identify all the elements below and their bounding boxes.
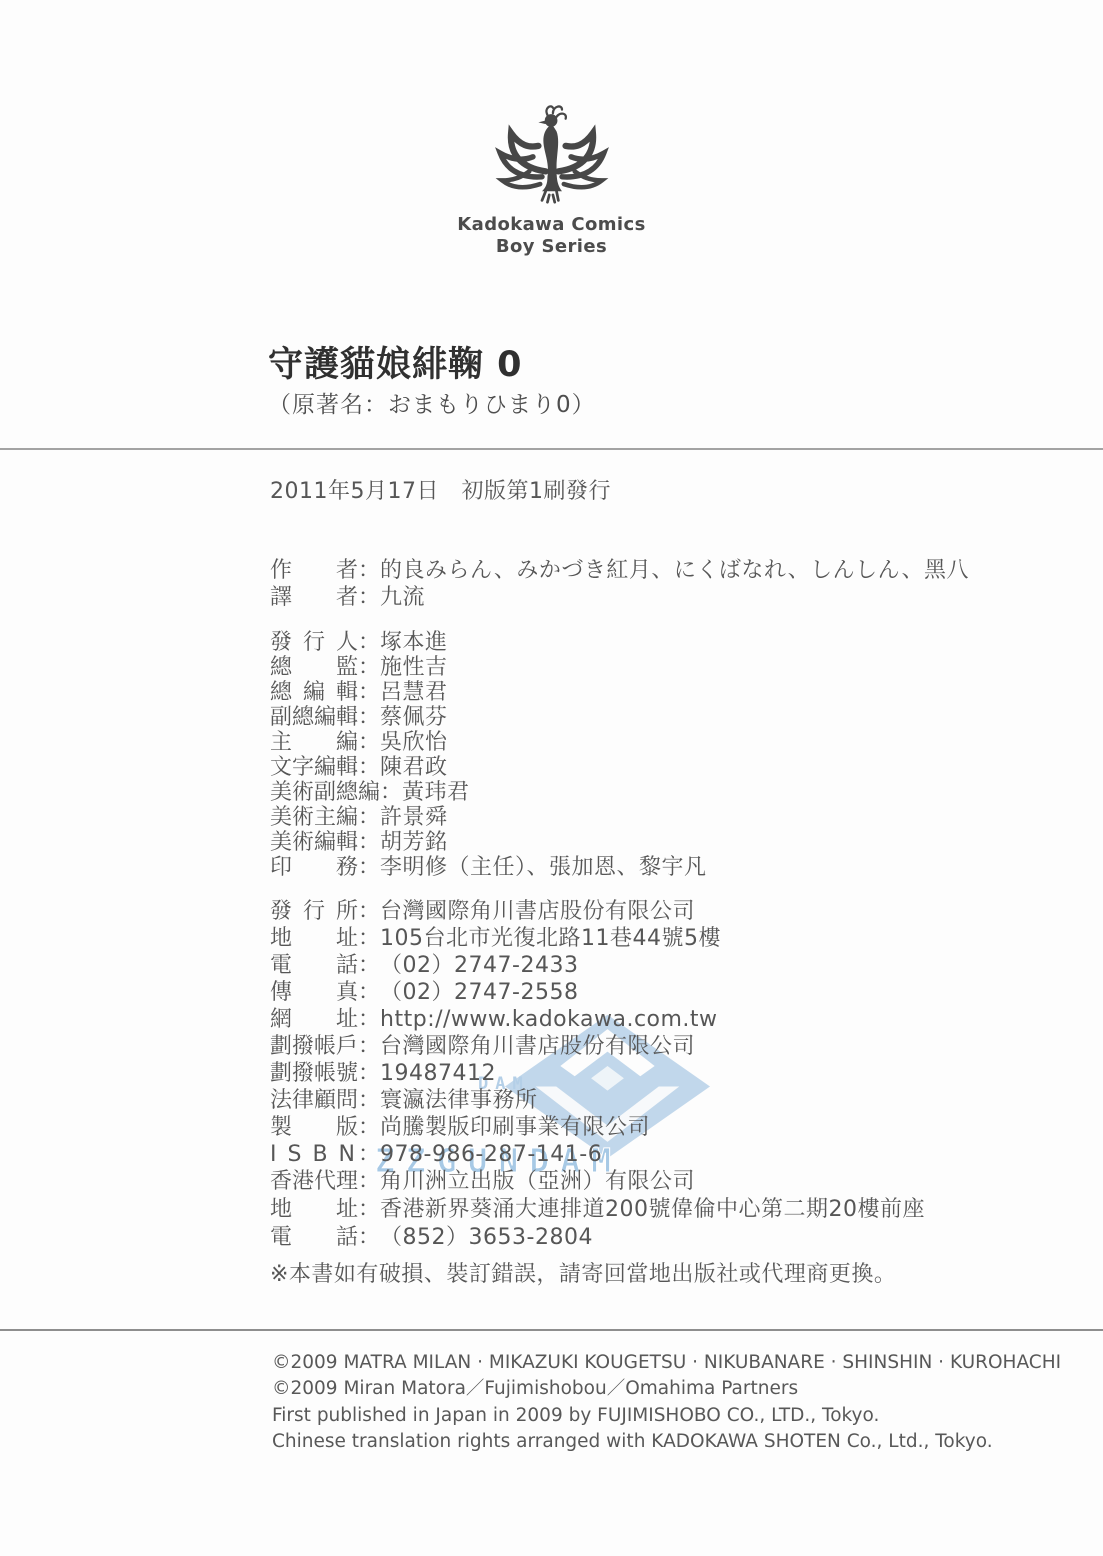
credit-row: 美術主編：許景舜	[270, 805, 1050, 830]
credit-value: 的良みらん、みかづき紅月、にくばなれ、しんしん、黑八	[380, 557, 969, 584]
credit-label: 總 編 輯	[270, 680, 358, 705]
edition-date: 2011年5月17日 初版第1刷發行	[270, 478, 1050, 505]
colophon-page: DAM ZZGUNDAM Kadokawa Comics	[0, 0, 1103, 1556]
credit-row: 美術副總編：黃玮君	[270, 780, 1050, 805]
credit-value: （852）3653-2804	[380, 1224, 593, 1252]
colon: ：	[358, 680, 380, 705]
copyright-line: ©2009 MATRA MILAN · MIKAZUKI KOUGETSU · …	[272, 1350, 1061, 1376]
credit-row: 電 話：（02）2747-2433	[270, 952, 1050, 979]
credit-label: 電 話	[270, 952, 358, 979]
colon: ：	[358, 952, 380, 979]
credit-row: 發 行 所：台灣國際角川書店股份有限公司	[270, 898, 1050, 925]
credit-value: 陳君政	[380, 755, 448, 780]
credit-value: 角川洲立出版（亞洲）有限公司	[380, 1168, 695, 1196]
translator-row: 譯 者：九流	[270, 584, 1050, 611]
credit-value: 胡芳銘	[380, 830, 448, 855]
credit-label: 劃撥帳號	[270, 1060, 358, 1087]
credit-row: 法律顧問：寰瀛法律事務所	[270, 1087, 1050, 1114]
credit-label: 法律顧問	[270, 1087, 358, 1114]
logo-series-line2: Boy Series	[0, 236, 1103, 258]
credit-label: 發 行 人	[270, 630, 358, 655]
colon: ：	[358, 1196, 380, 1224]
colon: ：	[358, 630, 380, 655]
copyright-block: ©2009 MATRA MILAN · MIKAZUKI KOUGETSU · …	[272, 1350, 1061, 1455]
credit-label: 譯 者	[270, 584, 358, 611]
credit-value: 19487412	[380, 1060, 496, 1087]
isbn-value: 978-986-287-141-6	[380, 1141, 602, 1168]
colon: ：	[358, 705, 380, 730]
copyright-line: First published in Japan in 2009 by FUJI…	[272, 1403, 1061, 1429]
credit-row: 傳 真：（02）2747-2558	[270, 979, 1050, 1006]
credit-label: 地 址	[270, 1196, 358, 1224]
credit-value: （02）2747-2433	[380, 952, 578, 979]
colon: ：	[358, 655, 380, 680]
colon: ：	[358, 1224, 380, 1252]
copyright-line: Chinese translation rights arranged with…	[272, 1429, 1061, 1455]
credit-value: 黃玮君	[402, 780, 470, 805]
credit-row: 美術編輯：胡芳銘	[270, 830, 1050, 855]
credit-value: 九流	[380, 584, 425, 611]
title-block: 守護貓娘緋鞠 0 （原著名：おまもりひまり0）	[268, 344, 596, 420]
hk-agent-info: 香港代理：角川洲立出版（亞洲）有限公司 地 址：香港新界葵涌大連排道200號偉倫…	[270, 1168, 1050, 1252]
credit-label: 電 話	[270, 1224, 358, 1252]
credit-label: 製 版	[270, 1114, 358, 1141]
credit-label: 美術主編	[270, 805, 358, 830]
colon: ：	[358, 1060, 380, 1087]
author-row: 作 者：的良みらん、みかづき紅月、にくばなれ、しんしん、黑八	[270, 557, 1050, 584]
credit-value: 許景舜	[380, 805, 448, 830]
credit-row: 總 監：施性吉	[270, 655, 1050, 680]
credit-row: 劃撥帳戶：台灣國際角川書店股份有限公司	[270, 1033, 1050, 1060]
colon: ：	[358, 1141, 380, 1168]
credit-value: 施性吉	[380, 655, 448, 680]
credit-row: 地 址：105台北市光復北路11巷44號5樓	[270, 925, 1050, 952]
credit-value: 蔡佩芬	[380, 705, 448, 730]
credits-people: 作 者：的良みらん、みかづき紅月、にくばなれ、しんしん、黑八 譯 者：九流	[270, 557, 1050, 611]
credit-value: 台灣國際角川書店股份有限公司	[380, 898, 695, 925]
colon: ：	[358, 730, 380, 755]
colon: ：	[358, 1033, 380, 1060]
credit-row: 香港代理：角川洲立出版（亞洲）有限公司	[270, 1168, 1050, 1196]
divider-top	[0, 448, 1103, 450]
publisher-info: 發 行 所：台灣國際角川書店股份有限公司 地 址：105台北市光復北路11巷44…	[270, 898, 1050, 1168]
credit-label: 發 行 所	[270, 898, 358, 925]
colon: ：	[358, 557, 380, 584]
divider-bottom	[0, 1329, 1103, 1331]
publisher-logo: Kadokawa Comics Boy Series	[0, 100, 1103, 258]
colon: ：	[358, 1114, 380, 1141]
credit-value: 李明修（主任）、張加恩、黎宇凡	[380, 855, 707, 880]
credit-label: 美術副總編	[270, 780, 380, 805]
colon: ：	[358, 1168, 380, 1196]
credit-label: 文字編輯	[270, 755, 358, 780]
colon: ：	[358, 805, 380, 830]
credit-row: 總 編 輯：呂慧君	[270, 680, 1050, 705]
credit-row: 製 版：尚騰製版印刷事業有限公司	[270, 1114, 1050, 1141]
credit-row: 印 務：李明修（主任）、張加恩、黎宇凡	[270, 855, 1050, 880]
website-url: http://www.kadokawa.com.tw	[380, 1006, 718, 1033]
credit-value: 寰瀛法律事務所	[380, 1087, 538, 1114]
credit-row: 副總編輯：蔡佩芬	[270, 705, 1050, 730]
credit-label: 美術編輯	[270, 830, 358, 855]
credit-label: 地 址	[270, 925, 358, 952]
colon: ：	[358, 1087, 380, 1114]
book-title: 守護貓娘緋鞠 0	[268, 344, 596, 386]
credit-value: 105台北市光復北路11巷44號5樓	[380, 925, 721, 952]
website-row: 網 址：http://www.kadokawa.com.tw	[270, 1006, 1050, 1033]
credit-label: 總 監	[270, 655, 358, 680]
copyright-line: ©2009 Miran Matora／Fujimishobou／Omahima …	[272, 1376, 1061, 1402]
credit-value: 呂慧君	[380, 680, 448, 705]
colon: ：	[358, 979, 380, 1006]
book-original-title: （原著名：おまもりひまり0）	[268, 390, 596, 420]
colon: ：	[358, 855, 380, 880]
colon: ：	[358, 898, 380, 925]
phoenix-logo-icon	[493, 100, 611, 210]
colophon-body: 2011年5月17日 初版第1刷發行 作 者：的良みらん、みかづき紅月、にくばな…	[270, 478, 1050, 1289]
credit-value: 塚本進	[380, 630, 448, 655]
credit-value: 尚騰製版印刷事業有限公司	[380, 1114, 650, 1141]
credit-value: （02）2747-2558	[380, 979, 578, 1006]
colon: ：	[358, 584, 380, 611]
isbn-row: I S B N：978-986-287-141-6	[270, 1141, 1050, 1168]
credit-label: 主 編	[270, 730, 358, 755]
damage-notice: ※本書如有破損、裝訂錯誤，請寄回當地出版社或代理商更換。	[270, 1261, 1050, 1289]
colon: ：	[358, 755, 380, 780]
colon: ：	[358, 830, 380, 855]
credit-label: 作 者	[270, 557, 358, 584]
credit-row: 地 址：香港新界葵涌大連排道200號偉倫中心第二期20樓前座	[270, 1196, 1050, 1224]
credit-label: 副總編輯	[270, 705, 358, 730]
credit-label: 傳 真	[270, 979, 358, 1006]
credit-label: 劃撥帳戶	[270, 1033, 358, 1060]
colon: ：	[358, 1006, 380, 1033]
credit-label: 印 務	[270, 855, 358, 880]
credit-row: 劃撥帳號：19487412	[270, 1060, 1050, 1087]
credits-staff: 發 行 人：塚本進 總 監：施性吉 總 編 輯：呂慧君 副總編輯：蔡佩芬 主 編…	[270, 630, 1050, 880]
credit-row: 電 話：（852）3653-2804	[270, 1224, 1050, 1252]
credit-value: 香港新界葵涌大連排道200號偉倫中心第二期20樓前座	[380, 1196, 925, 1224]
colon: ：	[358, 925, 380, 952]
credit-label: 網 址	[270, 1006, 358, 1033]
colon: ：	[380, 780, 402, 805]
credit-label: 香港代理	[270, 1168, 358, 1196]
credit-value: 吳欣怡	[380, 730, 448, 755]
credit-value: 台灣國際角川書店股份有限公司	[380, 1033, 695, 1060]
credit-row: 發 行 人：塚本進	[270, 630, 1050, 655]
credit-row: 主 編：吳欣怡	[270, 730, 1050, 755]
credit-label: I S B N	[270, 1141, 358, 1168]
credit-row: 文字編輯：陳君政	[270, 755, 1050, 780]
logo-series-line1: Kadokawa Comics	[0, 214, 1103, 236]
